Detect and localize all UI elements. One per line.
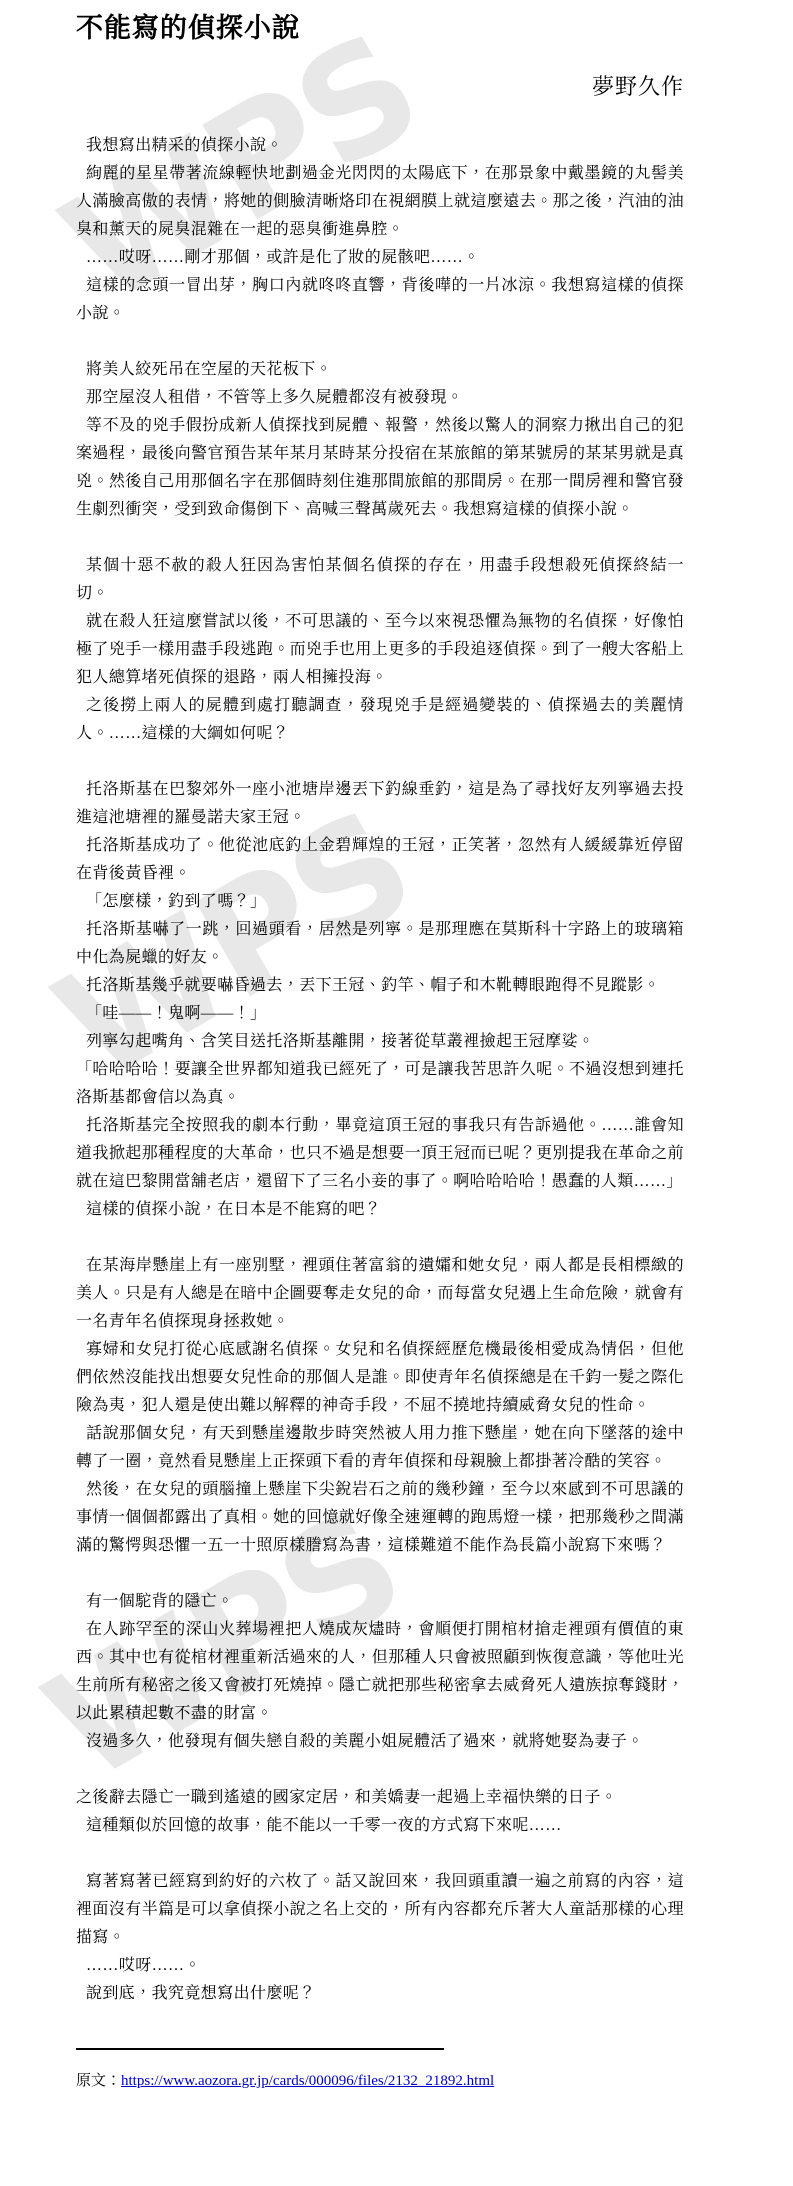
paragraph: ……哎呀……剛才那個，或許是化了妝的屍骸吧……。: [76, 244, 684, 272]
paragraph: ……哎呀……。: [76, 1952, 684, 1980]
paragraph: 托洛斯基嚇了一跳，回過頭看，居然是列寧。是那理應在莫斯科十字路上的玻璃箱中化為屍…: [76, 916, 684, 972]
paragraph: 這種類似於回憶的故事，能不能以一千零一夜的方式寫下來呢……: [76, 1812, 684, 1840]
paragraph: 「怎麼樣，釣到了嗎？」: [76, 888, 684, 916]
blank-line: [76, 748, 684, 776]
paragraph: 在人跡罕至的深山火葬場裡把人燒成灰燼時，會順便打開棺材搶走裡頭有價值的東西。其中…: [76, 1616, 684, 1728]
paragraph: 那空屋沒人租借，不管等上多久屍體都沒有被發現。: [76, 384, 684, 412]
paragraph: 沒過多久，他發現有個失戀自殺的美麗小姐屍體活了過來，就將她娶為妻子。: [76, 1728, 684, 1756]
blank-line: [76, 1840, 684, 1868]
paragraph: 之後撈上兩人的屍體到處打聽調查，發現兇手是經過變裝的、偵探過去的美麗情人。……這…: [76, 692, 684, 748]
paragraph: 我想寫出精采的偵探小說。: [76, 132, 684, 160]
paragraph: 等不及的兇手假扮成新人偵探找到屍體、報警，然後以驚人的洞察力揪出自己的犯案過程，…: [76, 412, 684, 524]
paragraph: 之後辭去隱亡一職到遙遠的國家定居，和美嬌妻一起過上幸福快樂的日子。: [76, 1784, 684, 1812]
paragraph: 這樣的偵探小說，在日本是不能寫的吧？: [76, 1196, 684, 1224]
paragraph: 「哈哈哈哈！要讓全世界都知道我已經死了，可是讓我苦思許久呢。不過沒想到連托洛斯基…: [76, 1056, 684, 1112]
paragraph: 托洛斯基在巴黎郊外一座小池塘岸邊丟下釣線垂釣，這是為了尋找好友列寧過去投進這池塘…: [76, 776, 684, 832]
paragraph: 說到底，我究竟想寫出什麼呢？: [76, 1980, 684, 2008]
blank-line: [76, 524, 684, 552]
paragraph: 托洛斯基幾乎就要嚇昏過去，丟下王冠、釣竿、帽子和木靴轉眼跑得不見蹤影。: [76, 972, 684, 1000]
paragraph: 列寧勾起嘴角、含笑目送托洛斯基離開，接著從草叢裡撿起王冠摩娑。: [76, 1028, 684, 1056]
paragraph: 托洛斯基完全按照我的劇本行動，畢竟這頂王冠的事我只有告訴過他。……誰會知道我掀起…: [76, 1112, 684, 1196]
source-link[interactable]: https://www.aozora.gr.jp/cards/000096/fi…: [121, 2073, 494, 2089]
page-title: 不能寫的偵探小說: [76, 10, 684, 46]
source-label: 原文：: [76, 2073, 121, 2089]
author-name: 夢野久作: [76, 72, 684, 102]
paragraph: 這樣的念頭一冒出芽，胸口內就咚咚直響，背後嘩的一片冰涼。我想寫這樣的偵探小說。: [76, 272, 684, 328]
footer: 原文：https://www.aozora.gr.jp/cards/000096…: [76, 2048, 684, 2092]
blank-line: [76, 1560, 684, 1588]
paragraph: 然後，在女兒的頭腦撞上懸崖下尖銳岩石之前的幾秒鐘，至今以來感到不可思議的事情一個…: [76, 1476, 684, 1560]
paragraph: 有一個駝背的隱亡。: [76, 1588, 684, 1616]
paragraph: 將美人絞死吊在空屋的天花板下。: [76, 356, 684, 384]
paragraph: 寡婦和女兒打從心底感謝名偵探。女兒和名偵探經歷危機最後相愛成為情侶，但他們依然沒…: [76, 1336, 684, 1420]
document-page: WPS WPS WPS 不能寫的偵探小說 夢野久作 我想寫出精采的偵探小說。 絢…: [0, 0, 793, 2186]
blank-line: [76, 1224, 684, 1252]
paragraph: 托洛斯基成功了。他從池底釣上金碧輝煌的王冠，正笑著，忽然有人緩緩靠近停留在背後黃…: [76, 832, 684, 888]
paragraph: 話說那個女兒，有天到懸崖邊散步時突然被人用力推下懸崖，她在向下墜落的途中轉了一圈…: [76, 1420, 684, 1476]
footer-divider: [76, 2048, 444, 2050]
blank-line: [76, 328, 684, 356]
document-content: 不能寫的偵探小說 夢野久作 我想寫出精采的偵探小說。 絢麗的星星帶著流線輕快地劃…: [76, 10, 684, 2092]
paragraph: 某個十惡不赦的殺人狂因為害怕某個名偵探的存在，用盡手段想殺死偵探終結一切。: [76, 552, 684, 608]
blank-line: [76, 1756, 684, 1784]
paragraph: 在某海岸懸崖上有一座別墅，裡頭住著富翁的遺孀和她女兒，兩人都是長相標緻的美人。只…: [76, 1252, 684, 1336]
paragraph: 就在殺人狂這麼嘗試以後，不可思議的、至今以來視恐懼為無物的名偵探，好像怕極了兇手…: [76, 608, 684, 692]
paragraph: 「哇——！鬼啊——！」: [76, 1000, 684, 1028]
paragraph: 寫著寫著已經寫到約好的六枚了。話又說回來，我回頭重讀一遍之前寫的內容，這裡面沒有…: [76, 1868, 684, 1952]
paragraph: 絢麗的星星帶著流線輕快地劃過金光閃閃的太陽底下，在那景象中戴墨鏡的丸髻美人滿臉高…: [76, 160, 684, 244]
